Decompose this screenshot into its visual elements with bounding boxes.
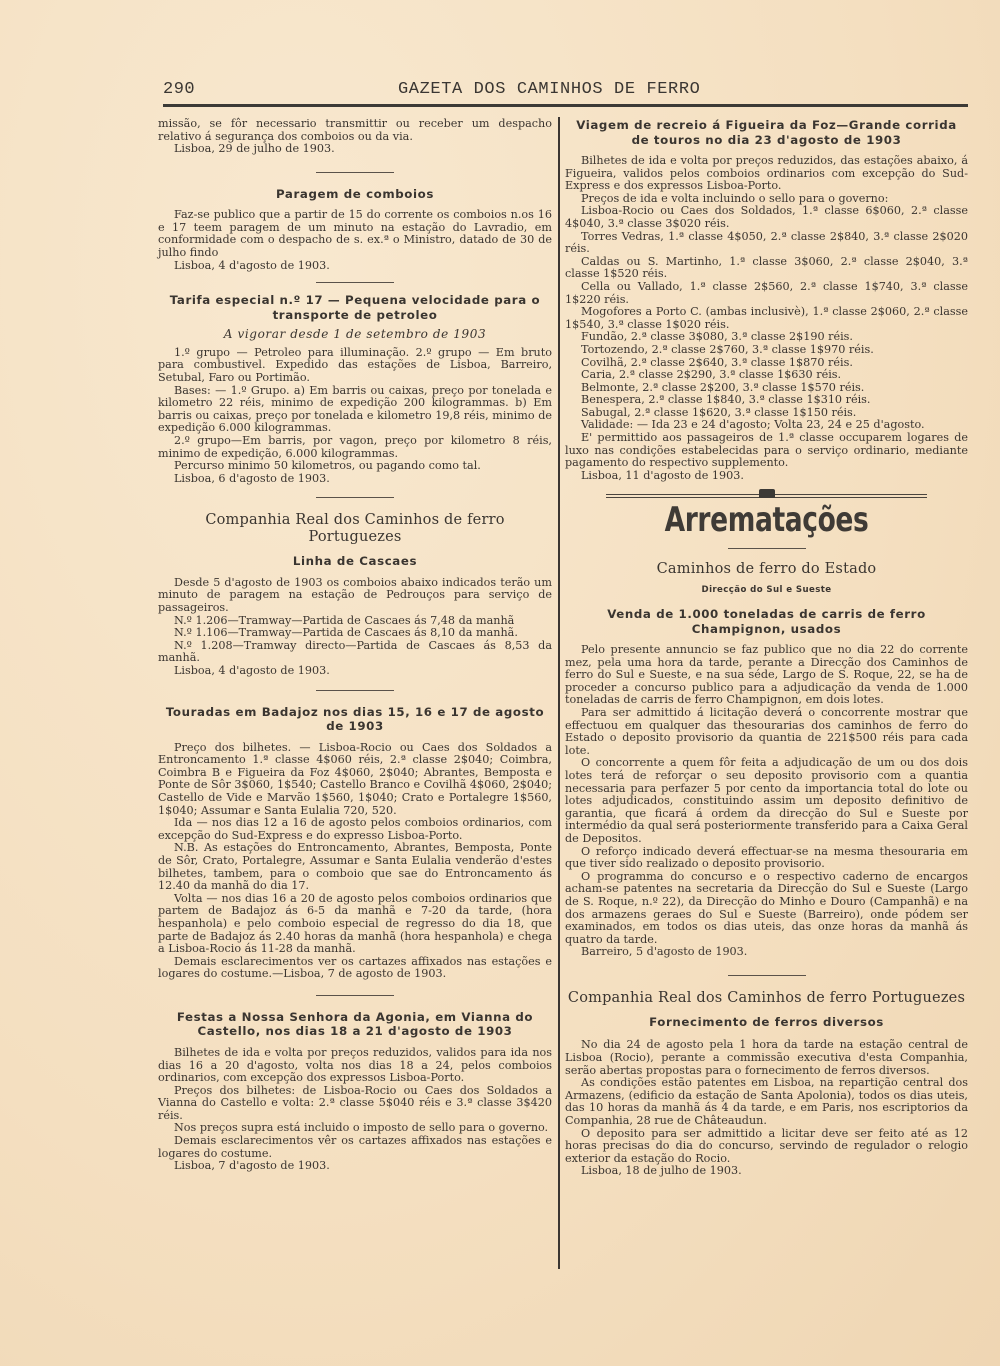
- body-text: Para ser admittido á licitação deverá o …: [565, 707, 968, 757]
- signature-date: Lisboa, 29 de julho de 1903.: [158, 143, 552, 156]
- body-text: Preço dos bilhetes. — Lisboa-Rocio ou Ca…: [158, 742, 552, 818]
- body-text: Ida — nos dias 12 a 16 de agosto pelos c…: [158, 817, 552, 842]
- body-text: Percurso minimo 50 kilometros, ou pagand…: [158, 460, 552, 473]
- article-title: Linha de Cascaes: [164, 554, 546, 569]
- price-entry: Cella ou Vallado, 1.ª classe 2$560, 2.ª …: [565, 281, 968, 306]
- article-touradas: Touradas em Badajoz nos dias 15, 16 e 17…: [158, 705, 552, 981]
- article-festas: Festas a Nossa Senhora da Agonia, em Via…: [158, 1010, 552, 1173]
- article-title: Fornecimento de ferros diversos: [571, 1015, 962, 1030]
- body-text: O deposito para ser admittido a licitar …: [565, 1128, 968, 1166]
- article-tarifa: Tarifa especial n.º 17 — Pequena velocid…: [158, 293, 552, 485]
- body-text: O reforço indicado deverá effectuar-se n…: [565, 846, 968, 871]
- article-paragem: Paragem de comboios Faz-se publico que a…: [158, 187, 552, 272]
- page-header: 290 GAZETA DOS CAMINHOS DE FERRO: [163, 80, 968, 104]
- body-text: Volta — nos dias 16 a 20 de agosto pelos…: [158, 893, 552, 956]
- price-entry: Torres Vedras, 1.ª classe 4$050, 2.ª cla…: [565, 231, 968, 256]
- body-text: missão, se fôr necessario transmittir ou…: [158, 118, 552, 143]
- body-text: N.B. As estações do Entroncamento, Abran…: [158, 842, 552, 892]
- ornamental-divider: [571, 492, 962, 500]
- company-heading: Companhia Real dos Caminhos de ferro Por…: [565, 990, 968, 1007]
- direction-heading: Direcção do Sul e Sueste: [565, 584, 968, 597]
- page-number: 290: [163, 80, 195, 99]
- body-text: Demais esclarecimentos vêr os cartazes a…: [158, 1135, 552, 1160]
- article-viagem-figueira: Viagem de recreio á Figueira da Foz—Gran…: [565, 118, 968, 482]
- signature-date: Barreiro, 5 d'agosto de 1903.: [565, 946, 968, 959]
- article-title: Touradas em Badajoz nos dias 15, 16 e 17…: [164, 705, 546, 734]
- train-entry: N.º 1.106—Tramway—Partida de Cascaes ás …: [158, 627, 552, 640]
- body-text: O programma do concurso e o respectivo c…: [565, 871, 968, 947]
- body-text: Pelo presente annuncio se faz publico qu…: [565, 644, 968, 707]
- column-divider: [558, 117, 560, 1269]
- signature-date: Lisboa, 4 d'agosto de 1903.: [158, 665, 552, 678]
- body-text: Bilhetes de ida e volta por preços reduz…: [565, 155, 968, 193]
- article-title: Venda de 1.000 toneladas de carris de fe…: [571, 607, 962, 636]
- price-entry: Tortozendo, 2.ª classe 2$760, 3.ª classe…: [565, 344, 968, 357]
- price-entry: Caria, 2.ª classe 2$290, 3.ª classe 1$63…: [565, 369, 968, 382]
- price-entry: Lisboa-Rocio ou Caes dos Soldados, 1.ª c…: [565, 205, 968, 230]
- body-text: Desde 5 d'agosto de 1903 os comboios aba…: [158, 577, 552, 615]
- signature-date: Lisboa, 11 d'agosto de 1903.: [565, 470, 968, 483]
- article-estado-venda: Caminhos de ferro do Estado Direcção do …: [565, 561, 968, 958]
- article-continuation: missão, se fôr necessario transmittir ou…: [158, 118, 552, 156]
- signature-date: Lisboa, 18 de julho de 1903.: [565, 1165, 968, 1178]
- article-title: Viagem de recreio á Figueira da Foz—Gran…: [571, 118, 962, 147]
- right-column: Viagem de recreio á Figueira da Foz—Gran…: [565, 118, 968, 1178]
- train-entry: N.º 1.208—Tramway directo—Partida de Cas…: [158, 640, 552, 665]
- body-text: As condições estão patentes em Lisboa, n…: [565, 1077, 968, 1127]
- body-text: 1.º grupo — Petroleo para illuminação. 2…: [158, 347, 552, 385]
- company-heading: Companhia Real dos Caminhos de ferro Por…: [158, 512, 552, 546]
- section-title: Arrematações: [609, 500, 923, 540]
- left-column: missão, se fôr necessario transmittir ou…: [158, 118, 552, 1173]
- article-subtitle: A vigorar desde 1 de setembro de 1903: [158, 328, 552, 341]
- article-fornecimento-ferros: Companhia Real dos Caminhos de ferro Por…: [565, 990, 968, 1178]
- signature-date: Lisboa, 4 d'agosto de 1903.: [158, 260, 552, 273]
- signature-date: Lisboa, 7 d'agosto de 1903.: [158, 1160, 552, 1173]
- body-text: 2.º grupo—Em barris, por vagon, preço po…: [158, 435, 552, 460]
- company-heading: Caminhos de ferro do Estado: [565, 561, 968, 578]
- article-title: Tarifa especial n.º 17 — Pequena velocid…: [164, 293, 546, 322]
- price-entry: Caldas ou S. Martinho, 1.ª classe 3$060,…: [565, 256, 968, 281]
- body-text: No dia 24 de agosto pela 1 hora da tarde…: [565, 1039, 968, 1077]
- signature-date: Lisboa, 6 d'agosto de 1903.: [158, 473, 552, 486]
- article-linha-cascaes: Companhia Real dos Caminhos de ferro Por…: [158, 512, 552, 677]
- article-title: Festas a Nossa Senhora da Agonia, em Via…: [164, 1010, 546, 1039]
- body-text: Faz-se publico que a partir de 15 do cor…: [158, 209, 552, 259]
- body-text: Bases: — 1.º Grupo. a) Em barris ou caix…: [158, 385, 552, 435]
- price-entry: Mogofores a Porto C. (ambas inclusivè), …: [565, 306, 968, 331]
- body-text: E' permittido aos passageiros de 1.ª cla…: [565, 432, 968, 470]
- body-text: Bilhetes de ida e volta por preços reduz…: [158, 1047, 552, 1085]
- journal-title: GAZETA DOS CAMINHOS DE FERRO: [398, 80, 700, 99]
- body-text: Preços dos bilhetes: de Lisboa-Rocio ou …: [158, 1085, 552, 1123]
- header-rule: [163, 104, 968, 107]
- article-title: Paragem de comboios: [164, 187, 546, 202]
- body-text: O concorrente a quem fôr feita a adjudic…: [565, 757, 968, 845]
- body-text: Demais esclarecimentos ver os cartazes a…: [158, 956, 552, 981]
- price-entry: Benespera, 2.ª classe 1$840, 3.ª classe …: [565, 394, 968, 407]
